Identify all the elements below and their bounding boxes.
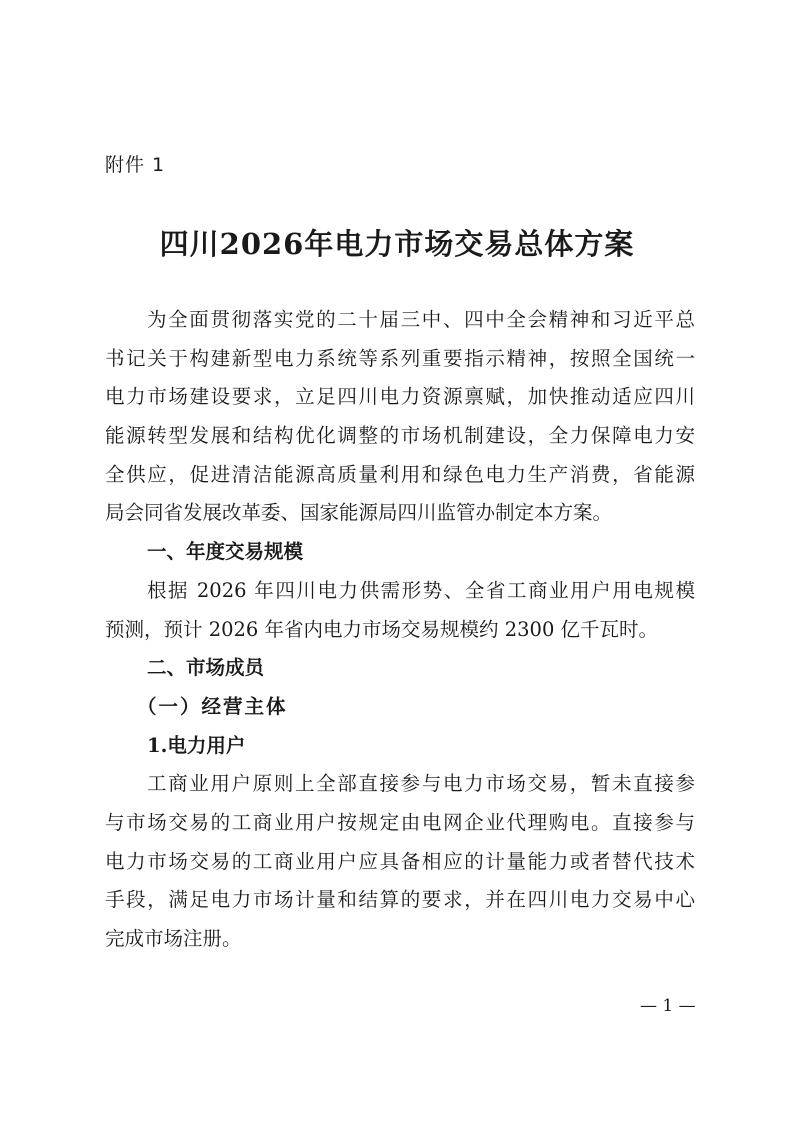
paragraph-line: 全供应，促进清洁能源高质量利用和绿色电力生产消费，省能源 — [105, 456, 695, 495]
document-body: 为全面贯彻落实党的二十届三中、四中全会精神和习近平总 书记关于构建新型电力系统等… — [105, 301, 695, 959]
paragraph-line: 书记关于构建新型电力系统等系列重要指示精神，按照全国统一 — [105, 340, 695, 379]
paragraph-line: 电力市场建设要求，立足四川电力资源禀赋，加快推动适应四川 — [105, 378, 695, 417]
page-number: — 1 — — [640, 996, 696, 1016]
paragraph-line: 电力市场交易的工商业用户应具备相应的计量能力或者替代技术 — [105, 843, 695, 882]
paragraph-line: 能源转型发展和结构优化调整的市场机制建设，全力保障电力安 — [105, 417, 695, 456]
paragraph-line: 局会同省发展改革委、国家能源局四川监管办制定本方案。 — [105, 494, 695, 533]
item-heading-1: 1.电力用户 — [105, 727, 695, 766]
subsection-heading-1: （一）经营主体 — [105, 688, 695, 727]
attachment-label: 附件 1 — [105, 150, 165, 177]
paragraph-line: 工商业用户原则上全部直接参与电力市场交易，暂未直接参 — [105, 765, 695, 804]
section-heading-1: 一、年度交易规模 — [105, 533, 695, 572]
document-title: 四川2026年电力市场交易总体方案 — [0, 222, 794, 263]
paragraph-line: 与市场交易的工商业用户按规定由电网企业代理购电。直接参与 — [105, 804, 695, 843]
section-heading-2: 二、市场成员 — [105, 649, 695, 688]
paragraph-line: 根据 2026 年四川电力供需形势、全省工商业用户用电规模 — [105, 572, 695, 611]
paragraph-line: 手段，满足电力市场计量和结算的要求，并在四川电力交易中心 — [105, 881, 695, 920]
paragraph-line: 完成市场注册。 — [105, 920, 695, 959]
paragraph-line: 为全面贯彻落实党的二十届三中、四中全会精神和习近平总 — [105, 301, 695, 340]
paragraph-line: 预测，预计 2026 年省内电力市场交易规模约 2300 亿千瓦时。 — [105, 611, 695, 650]
